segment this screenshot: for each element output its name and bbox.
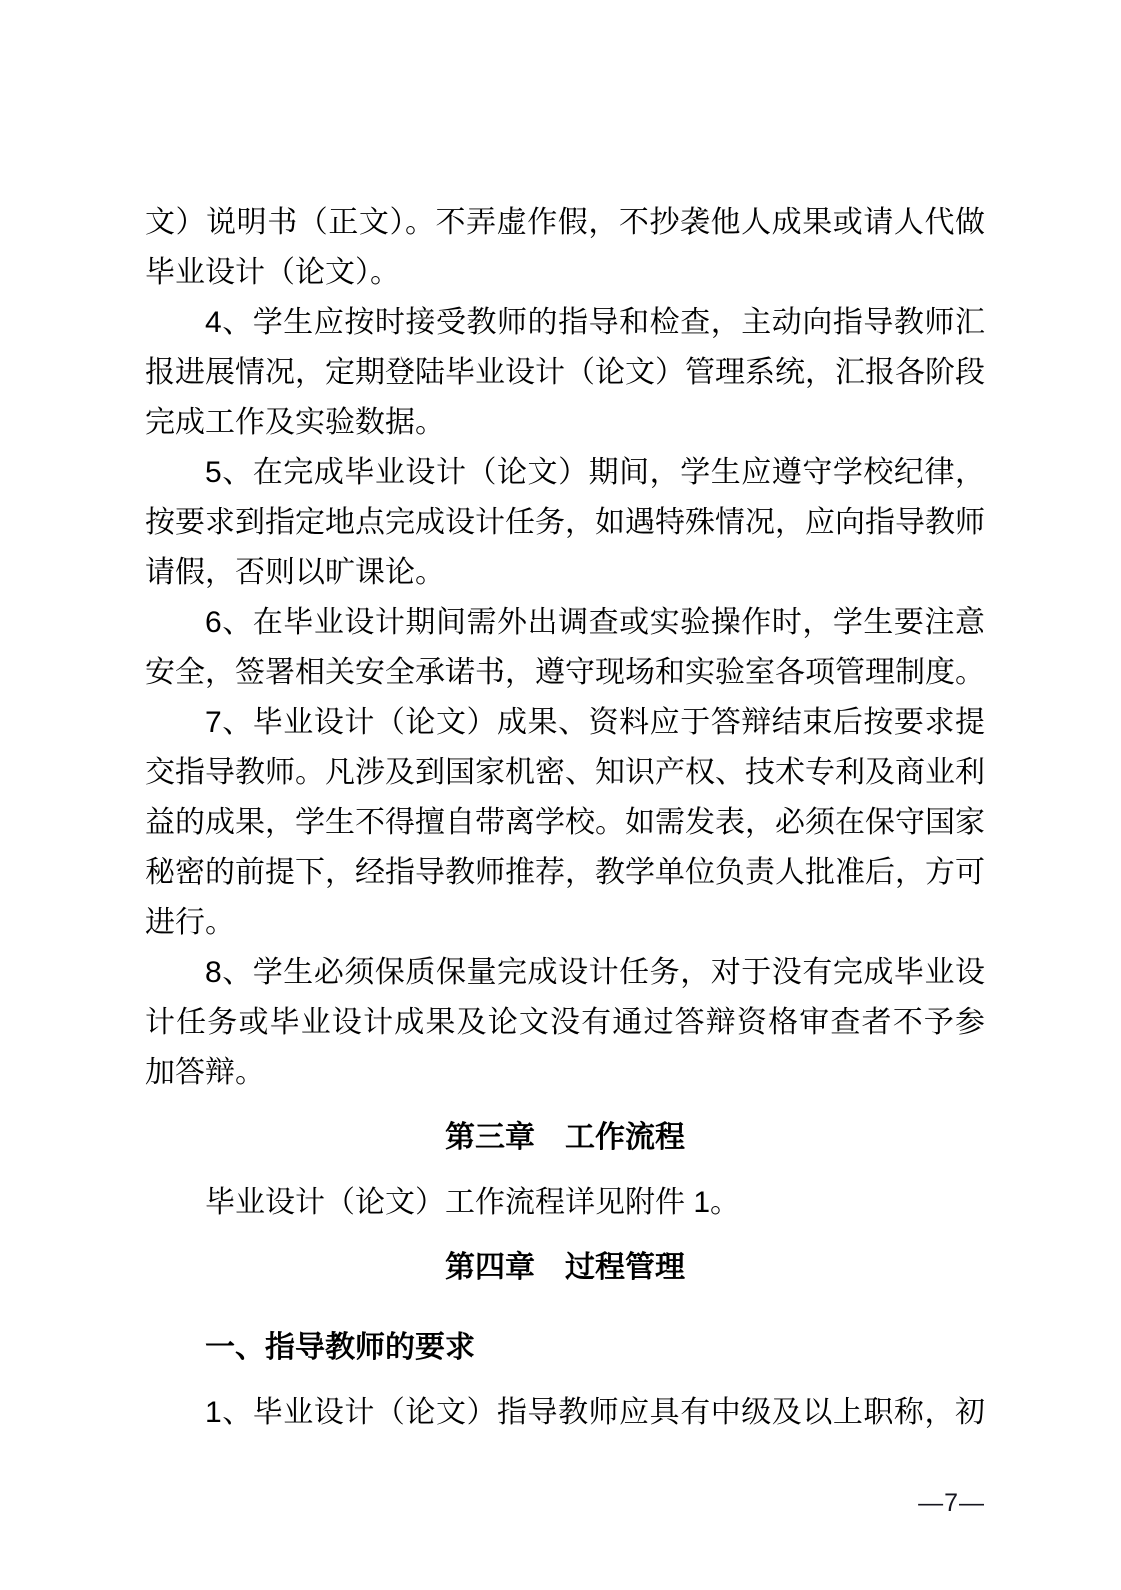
text-line: 毕业设计（论文）工作流程详见附件 1。 (145, 1178, 985, 1228)
text-line: 按要求到指定地点完成设计任务，如遇特殊情况，应向指导教师 (145, 498, 985, 548)
text-line: 加答辩。 (145, 1048, 985, 1098)
chapter-heading: 第三章 工作流程 (145, 1098, 985, 1178)
text-line: 请假，否则以旷课论。 (145, 548, 985, 598)
text-line: 1、毕业设计（论文）指导教师应具有中级及以上职称，初 (145, 1388, 985, 1438)
text-line: 报进展情况，定期登陆毕业设计（论文）管理系统，汇报各阶段 (145, 348, 985, 398)
document-page: 文）说明书（正文）。不弄虚作假，不抄袭他人成果或请人代做毕业设计（论文）。4、学… (0, 0, 1121, 1590)
text-line: 毕业设计（论文）。 (145, 248, 985, 298)
text-line: 完成工作及实验数据。 (145, 398, 985, 448)
text-line: 安全，签署相关安全承诺书，遵守现场和实验室各项管理制度。 (145, 648, 985, 698)
text-line: 秘密的前提下，经指导教师推荐，教学单位负责人批准后，方可 (145, 848, 985, 898)
text-line: 交指导教师。凡涉及到国家机密、知识产权、技术专利及商业利 (145, 748, 985, 798)
text-line: 进行。 (145, 898, 985, 948)
text-line: 6、在毕业设计期间需外出调查或实验操作时，学生要注意 (145, 598, 985, 648)
section-heading: 一、指导教师的要求 (145, 1308, 985, 1388)
text-line: 7、毕业设计（论文）成果、资料应于答辩结束后按要求提 (145, 698, 985, 748)
text-line: 8、学生必须保质保量完成设计任务，对于没有完成毕业设 (145, 948, 985, 998)
document-content: 文）说明书（正文）。不弄虚作假，不抄袭他人成果或请人代做毕业设计（论文）。4、学… (145, 198, 985, 1438)
text-line: 益的成果，学生不得擅自带离学校。如需发表，必须在保守国家 (145, 798, 985, 848)
text-line: 5、在完成毕业设计（论文）期间，学生应遵守学校纪律， (145, 448, 985, 498)
text-line: 文）说明书（正文）。不弄虚作假，不抄袭他人成果或请人代做 (145, 198, 985, 248)
text-line: 4、学生应按时接受教师的指导和检查，主动向指导教师汇 (145, 298, 985, 348)
page-number: —7— (918, 1488, 985, 1518)
text-line: 计任务或毕业设计成果及论文没有通过答辩资格审查者不予参 (145, 998, 985, 1048)
chapter-heading: 第四章 过程管理 (145, 1228, 985, 1308)
